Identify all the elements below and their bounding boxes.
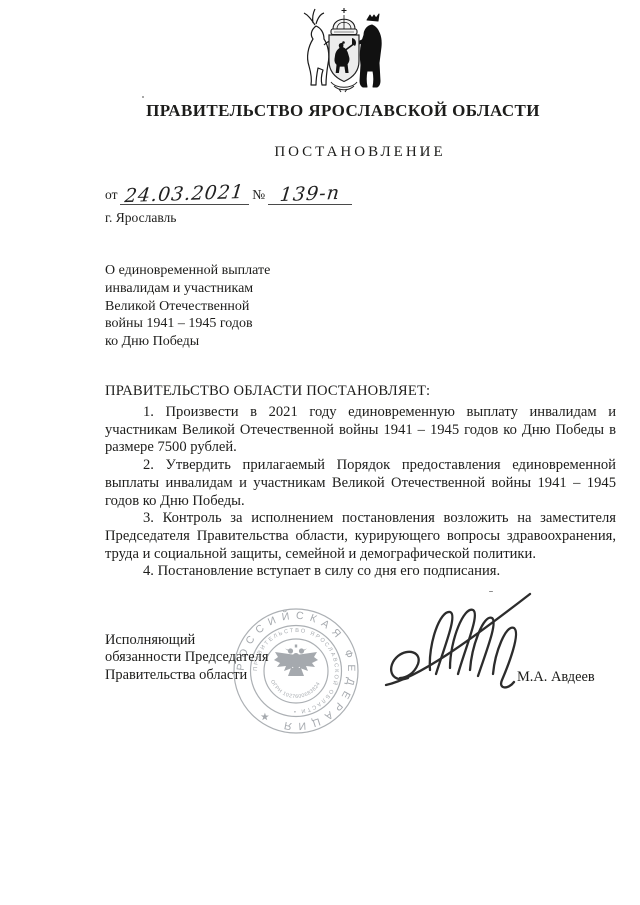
number-field: 139-п: [268, 184, 352, 205]
scan-speck: [420, 146, 423, 148]
position-line: обязанности Председателя: [105, 649, 268, 666]
subject-line: Великой Отечественной: [105, 298, 355, 316]
subject-line: О единовременной выплате: [105, 262, 355, 280]
date-number-line: от 24.03.2021 № 139-п: [105, 184, 355, 205]
resolution-header: ПРАВИТЕЛЬСТВО ОБЛАСТИ ПОСТАНОВЛЯЕТ:: [105, 383, 430, 400]
authority-title: ПРАВИТЕЛЬСТВО ЯРОСЛАВСКОЙ ОБЛАСТИ: [46, 101, 640, 121]
paragraph-1: 1. Произвести в 2021 году единовременную…: [105, 404, 616, 457]
paragraph-4: 4. Постановление вступает в силу со дня …: [105, 563, 616, 581]
signatory-position-block: Исполняющий обязанности Председателя Пра…: [105, 632, 268, 684]
paragraph-2: 2. Утвердить прилагаемый Порядок предост…: [105, 457, 616, 510]
handwritten-number: 139-п: [279, 183, 341, 205]
document-type-title: ПОСТАНОВЛЕНИЕ: [80, 144, 640, 161]
scanned-decree-page: ПРАВИТЕЛЬСТВО ЯРОСЛАВСКОЙ ОБЛАСТИ ПОСТАН…: [0, 0, 640, 905]
subject-line: инвалидам и участникам: [105, 280, 355, 298]
subject-line: ко Дню Победы: [105, 333, 355, 351]
position-line: Правительства области: [105, 667, 268, 684]
yaroslavl-coat-of-arms-icon: [296, 5, 392, 93]
city-line: г. Ярославль: [105, 210, 176, 226]
position-line: Исполняющий: [105, 632, 268, 649]
handwritten-date: 24.03.2021: [124, 182, 245, 206]
resolution-body: 1. Произвести в 2021 году единовременную…: [105, 404, 616, 581]
handwritten-signature: [378, 582, 538, 697]
scan-speck: [142, 96, 144, 98]
shield-icon: [329, 35, 359, 82]
date-field: 24.03.2021: [120, 184, 249, 205]
subject-line: войны 1941 – 1945 годов: [105, 315, 355, 333]
deer-supporter-icon: [304, 9, 331, 85]
date-label: от: [105, 187, 117, 205]
scan-speck: [423, 153, 425, 155]
bear-supporter-icon: [358, 14, 381, 87]
double-headed-eagle-icon: [274, 645, 318, 677]
paragraph-3: 3. Контроль за исполнением постановления…: [105, 510, 616, 563]
subject-block: О единовременной выплате инвалидам и уча…: [105, 262, 355, 351]
base-scroll-icon: [331, 82, 357, 92]
crown-icon: [331, 8, 357, 35]
number-label: №: [252, 187, 265, 205]
